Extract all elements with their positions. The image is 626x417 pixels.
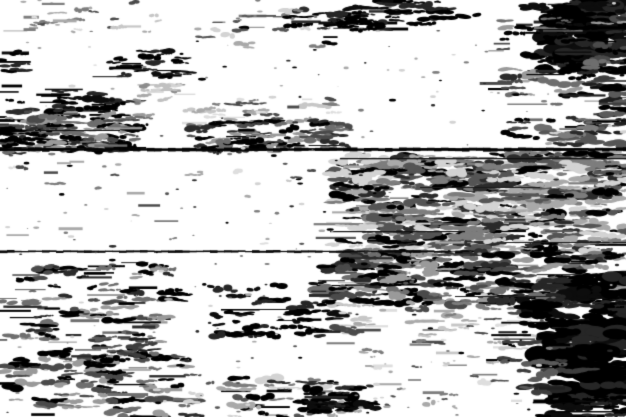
- grunge-texture-canvas: [0, 0, 626, 417]
- grunge-texture-image: [0, 0, 626, 417]
